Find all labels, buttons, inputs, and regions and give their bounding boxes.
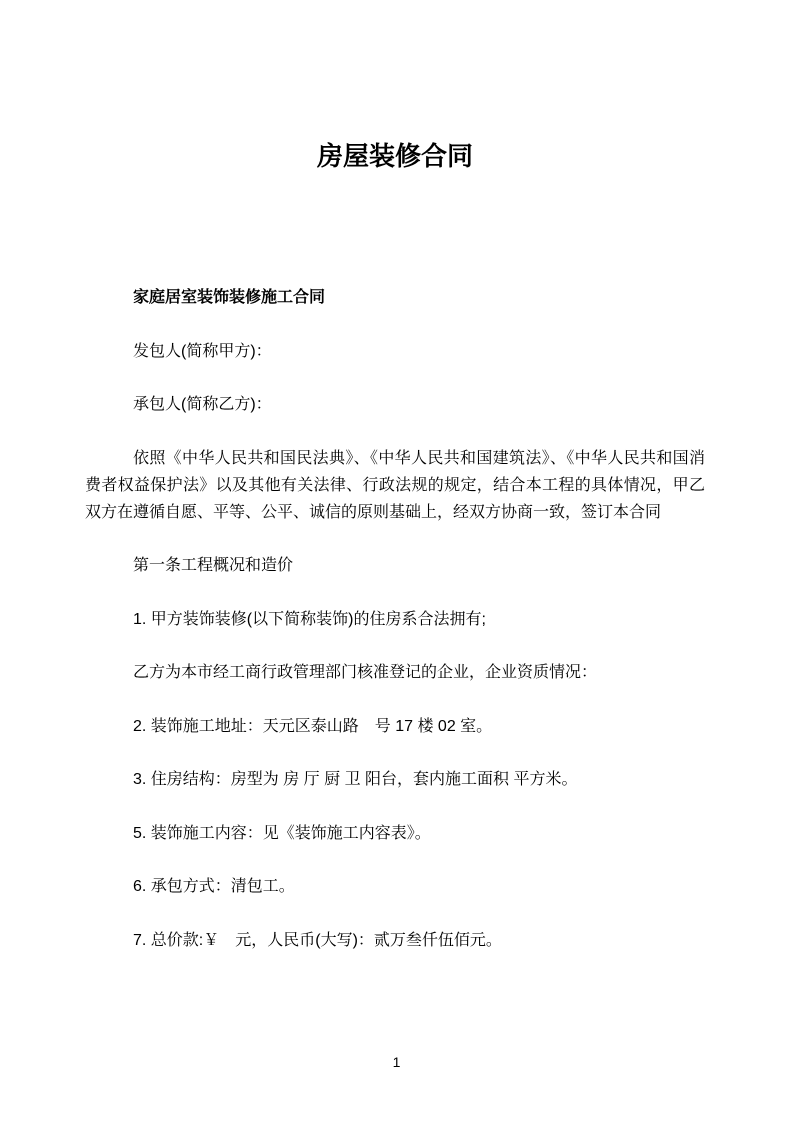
party-a-line: 发包人(简称甲方)：	[85, 338, 705, 365]
clause-7-total-price: 7. 总价款:￥ 元，人民币(大写)：贰万叁仟伍佰元。	[85, 927, 705, 954]
clause-6-contract-method: 6. 承包方式：清包工。	[85, 873, 705, 900]
clause-3-house-structure: 3. 住房结构：房型为 房 厅 厨 卫 阳台，套内施工面积 平方米。	[85, 766, 705, 793]
contract-subtitle: 家庭居室装饰装修施工合同	[85, 284, 705, 311]
article-1-heading: 第一条工程概况和造价	[85, 552, 705, 579]
party-b-line: 承包人(简称乙方)：	[85, 391, 705, 418]
contract-page: 房屋装修合同 家庭居室装饰装修施工合同 发包人(简称甲方)： 承包人(简称乙方)…	[0, 0, 793, 1122]
clause-1-ownership: 1. 甲方装饰装修(以下简称装饰)的住房系合法拥有;	[85, 606, 705, 633]
preamble-paragraph: 依照《中华人民共和国民法典》、《中华人民共和国建筑法》、《中华人民共和国消费者权…	[85, 445, 705, 526]
clause-contractor-qualification: 乙方为本市经工商行政管理部门核准登记的企业，企业资质情况：	[85, 659, 705, 686]
clause-5-work-content: 5. 装饰施工内容：见《装饰施工内容表》。	[85, 820, 705, 847]
page-number: 1	[0, 1053, 793, 1071]
document-title: 房屋装修合同	[85, 138, 705, 174]
clause-2-address: 2. 装饰施工地址：天元区泰山路 号 17 楼 02 室。	[85, 713, 705, 740]
